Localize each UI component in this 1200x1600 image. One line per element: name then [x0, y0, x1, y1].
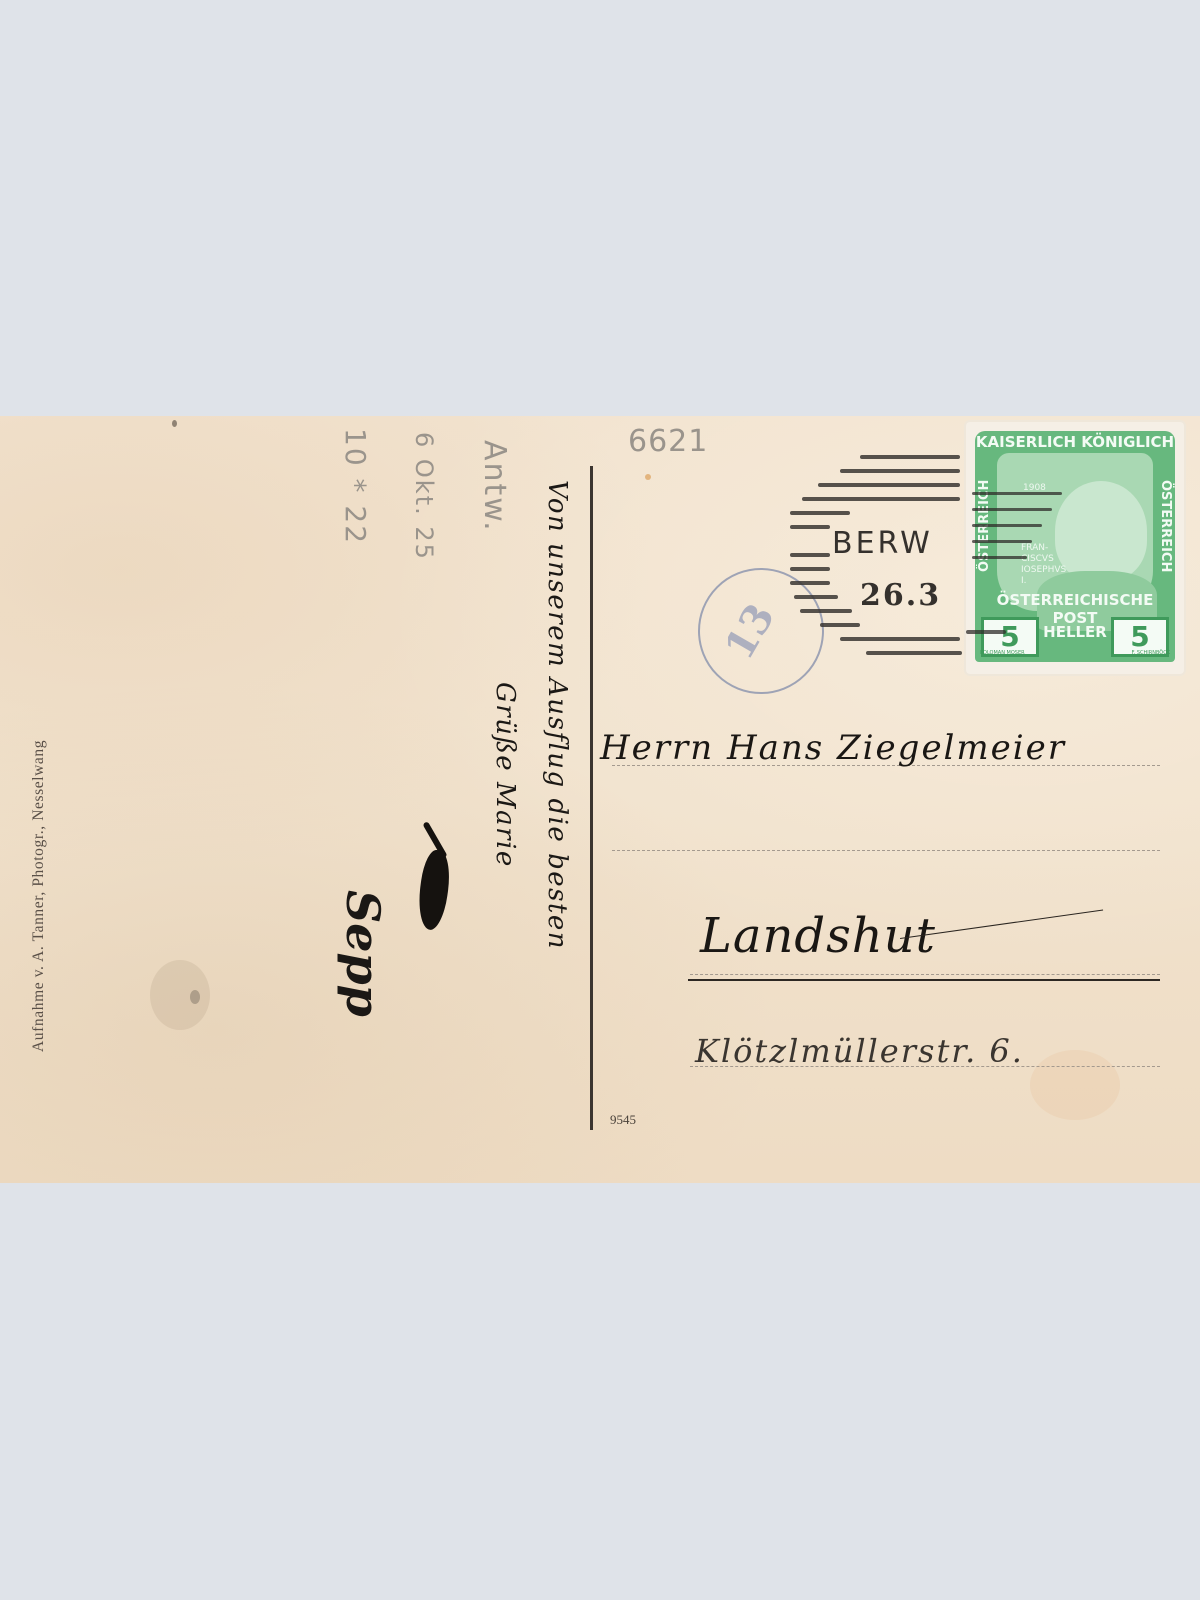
- cancel-bar: [860, 455, 960, 459]
- stamp-text-top: KAISERLICH KÖNIGLICH: [975, 433, 1175, 451]
- cancel-bar: [802, 497, 960, 501]
- publisher-credit: Aufnahme v. A. Tanner, Photogr., Nesselw…: [30, 740, 48, 1052]
- stamp-portrait-field: 1908 FRAN- CISCVS IOSEPHVS I.: [997, 453, 1153, 611]
- message-line: Grüße Marie: [490, 682, 520, 868]
- stain: [645, 474, 651, 480]
- card-number: 9545: [610, 1112, 636, 1128]
- stain: [190, 990, 200, 1004]
- address-line-underline: [688, 979, 1160, 981]
- postmark-town: BERW: [832, 526, 933, 561]
- stamp-portrait-caption: FRAN- CISCVS IOSEPHVS I.: [1021, 543, 1066, 587]
- cancel-bar: [840, 637, 960, 641]
- recipient-name: Herrn Hans Ziegelmeier: [600, 728, 1066, 768]
- catalog-number: 6621: [628, 424, 708, 459]
- address-line: [690, 974, 1160, 975]
- cancel-bar: [790, 567, 830, 571]
- stain: [172, 420, 177, 427]
- message-line: Von unserem Ausflug die besten: [542, 480, 572, 950]
- postage-stamp: 1908 FRAN- CISCVS IOSEPHVS I. KAISERLICH…: [966, 422, 1184, 674]
- cancel-bar: [790, 553, 830, 557]
- stain: [150, 960, 210, 1030]
- stamp-portrait-head: [1055, 481, 1147, 581]
- recipient-street: Klötzlmüllerstr. 6.: [695, 1032, 1024, 1070]
- postmark-date: 26.3: [860, 578, 941, 613]
- cancel-bar: [818, 483, 960, 487]
- recipient-city: Landshut: [700, 908, 936, 964]
- divider-line: [590, 466, 593, 1130]
- address-line: [612, 850, 1160, 851]
- cancel-bar: [790, 581, 830, 585]
- cancel-bar: [820, 623, 860, 627]
- stain: [1030, 1050, 1120, 1120]
- cancel-bar: [800, 609, 852, 613]
- cancel-bar: [794, 595, 838, 599]
- cancel-bar: [790, 525, 830, 529]
- pencil-note: 6 Okt. 25: [410, 432, 438, 561]
- stamp-denomination: HELLER: [1041, 623, 1109, 641]
- stamp-text-right: ÖSTERREICH: [1153, 451, 1173, 601]
- cancel-bar: [790, 511, 850, 515]
- signature: Sepp: [336, 890, 390, 1017]
- stamp-engraver-left: KOLOMAN MOSER: [980, 650, 1025, 656]
- cancel-bar: [840, 469, 960, 473]
- stamp-engraver-right: F. SCHIRNBÖCK: [1132, 650, 1170, 656]
- pencil-note: 10 * 22: [339, 428, 372, 545]
- pencil-note: Antw.: [477, 440, 512, 533]
- cancel-bar: [866, 651, 962, 655]
